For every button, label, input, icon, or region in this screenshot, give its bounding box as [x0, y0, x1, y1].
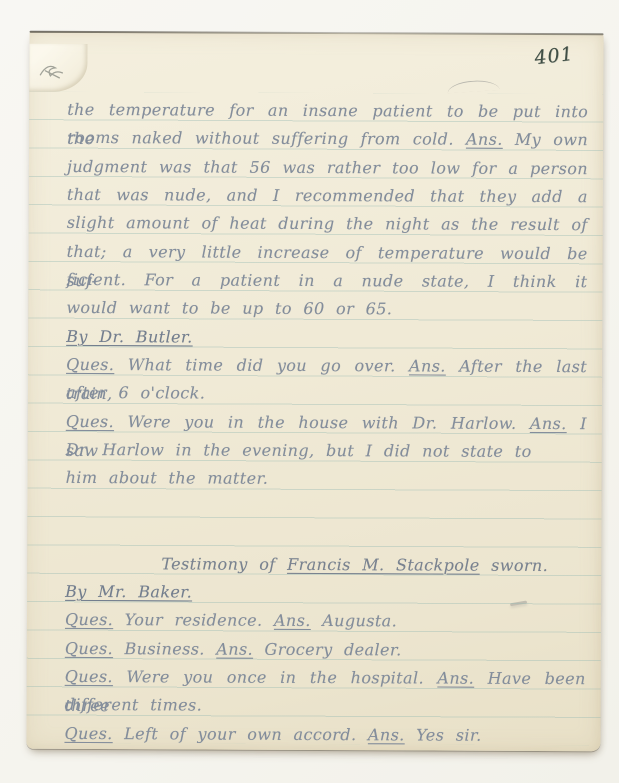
handwriting-line: slight amount of heat during the night a… [67, 208, 588, 239]
underlined-text: Ans. [437, 668, 474, 687]
text-segment: judgment was that 56 was rather too low … [67, 157, 588, 178]
handwriting-line: that; a very little increase of temperat… [67, 237, 588, 268]
text-segment: Your residence. [113, 610, 274, 630]
underlined-text: By Mr. Baker. [65, 582, 192, 602]
text-segment: Business. [113, 639, 216, 658]
text-segment: rooms naked without suffering from cold. [67, 128, 466, 149]
underlined-text: Ans. [530, 414, 567, 433]
handwriting-line: rooms naked without suffering from cold.… [67, 123, 588, 154]
paper-tear [29, 44, 87, 92]
text-segment: sworn. [480, 555, 549, 574]
scan-background: 401 the temperature for an insane patien… [0, 0, 619, 783]
handwriting-line: By Mr. Baker. [65, 577, 586, 608]
stray-pencil-arc [447, 79, 500, 93]
text-segment: What time did you go over. [114, 355, 409, 375]
handwriting-line [65, 492, 586, 523]
text-segment: Testimony of [161, 554, 287, 574]
underlined-text: Ans. [274, 611, 311, 630]
text-segment: Grocery dealer. [253, 639, 402, 659]
document-page: 401 the temperature for an insane patien… [26, 32, 603, 751]
handwriting-line: Dr. Harlow in the evening, but I did not… [66, 435, 587, 466]
text-segment: different times. [65, 695, 203, 715]
handwriting-line: that was nude, and I recommended that th… [67, 180, 588, 211]
text-segment: him about the matter. [66, 468, 269, 488]
underlined-text: Ques. [65, 638, 113, 657]
handwriting-line [65, 520, 586, 551]
text-segment: slight amount of heat during the night a… [67, 213, 588, 234]
underlined-text: Ans. [368, 725, 405, 744]
handwriting-line: Ques. Were you in the house with Dr. Har… [66, 407, 587, 438]
text-segment: Dr. Harlow in the evening, but I did not… [66, 440, 532, 461]
text-segment: Yes sir. [405, 725, 482, 744]
text-segment: would want to be up to 60 or 65. [66, 298, 392, 318]
handwriting-line: different times. [65, 690, 586, 721]
text-segment: Were you once in the hospital. [113, 667, 438, 687]
text-segment: Left of your own accord. [113, 724, 368, 744]
text-segment: ficient. For a patient in a nude state, … [66, 270, 587, 291]
text-segment: Were you in the house with Dr. Harlow. [114, 412, 530, 433]
underlined-text: Ans. [216, 639, 253, 658]
handwriting-line: judgment was that 56 was rather too low … [67, 152, 588, 183]
underlined-text: Ans. [466, 130, 503, 149]
handwriting-line: Ques. Left of your own accord. Ans. Yes … [64, 718, 585, 749]
underlined-text: Ques. [65, 667, 113, 686]
handwriting-line: Ques. Business. Ans. Grocery dealer. [65, 633, 586, 664]
handwriting-line: would want to be up to 60 or 65. [66, 293, 587, 324]
handwriting-line: By Dr. Butler. [66, 322, 587, 353]
page-number: 401 [533, 43, 575, 69]
handwriting: the temperature for an insane patient to… [64, 95, 588, 749]
text-segment: My own [503, 130, 588, 149]
underlined-text: Francis M. Stackpole [287, 554, 480, 574]
pencil-scribble-mark [37, 58, 71, 84]
text-segment: after 6 o'clock. [66, 383, 205, 403]
handwriting-line: after 6 o'clock. [66, 378, 587, 409]
underlined-text: By Dr. Butler. [66, 327, 193, 347]
handwriting-line: the temperature for an insane patient to… [67, 95, 588, 126]
underlined-text: Ques. [65, 610, 113, 629]
underlined-text: Ans. [409, 357, 446, 376]
underlined-text: Ques. [64, 723, 112, 742]
text-segment: that was nude, and I recommended that th… [67, 185, 588, 206]
handwriting-line: Ques. Your residence. Ans. Augusta. [65, 605, 586, 636]
underlined-text: Ques. [66, 412, 114, 431]
underlined-text: Ques. [66, 355, 114, 374]
handwriting-line: Testimony of Francis M. Stackpole sworn. [65, 548, 586, 579]
handwriting-line: Ques. Were you once in the hospital. Ans… [65, 662, 586, 693]
text-segment: Augusta. [311, 611, 397, 630]
handwriting-line: him about the matter. [66, 463, 587, 494]
handwriting-line: Ques. What time did you go over. Ans. Af… [66, 350, 587, 381]
handwriting-line: ficient. For a patient in a nude state, … [66, 265, 587, 296]
